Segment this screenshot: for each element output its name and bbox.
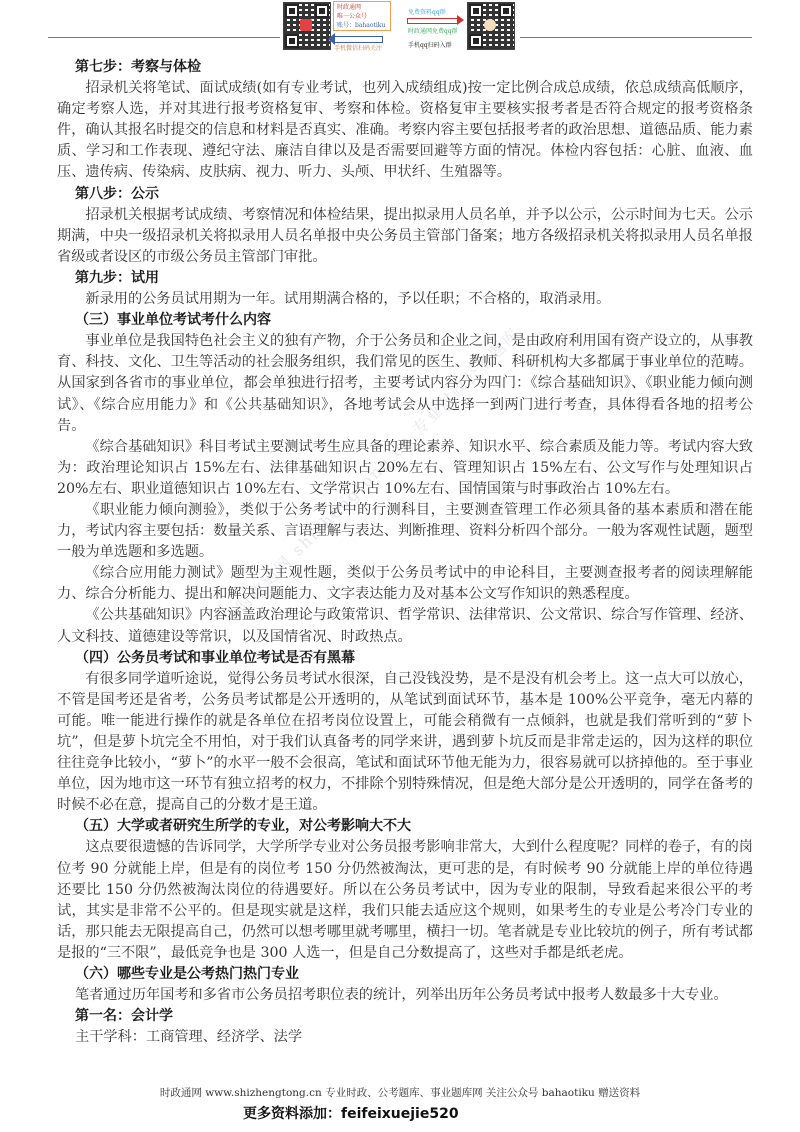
paragraph: 笔者通过历年国考和多省市公务员招考职位表的统计，列举出历年公务员考试中报考人数最… (57, 985, 753, 1006)
header-rule-left (48, 37, 280, 38)
section-heading: 第八步：公示 (57, 184, 753, 205)
wechat-caption: 手机微信扫码关注 (334, 43, 382, 52)
wechat-box-line1: 时政通网 (337, 3, 387, 12)
paragraph: 《公共基础知识》内容涵盖政治理论与政策常识、哲学常识、法律常识、公文常识、综合写… (57, 605, 753, 647)
paragraph: 招录机关根据考试成绩、考察情况和体检结果，提出拟录用人员名单，并予以公示，公示时… (57, 205, 753, 268)
section-heading: （三）事业单位考试考什么内容 (57, 310, 753, 331)
paragraph: 有很多同学道听途说，觉得公务员考试水很深，自己没钱没势，是不是没有机会考上。这一… (57, 669, 753, 817)
qq-group-label-top: 免费资料qq群 (408, 7, 446, 16)
wechat-box-line3: 账号：bahaotiku (337, 21, 387, 30)
arrow-right-icon (407, 18, 458, 24)
document-body: 第七步：考察与体检 招录机关将笔试、面试成绩(如有专业考试，也列入成绩组成)按一… (57, 57, 753, 1048)
section-heading: （五）大学或者研究生所学的专业，对公考影响大不大 (57, 816, 753, 837)
wechat-box-line2: 唯一公众号 (337, 12, 387, 21)
paragraph: 《职业能力倾向测验》，类似于公务考试中的行测科目，主要测查管理工作必须具备的基本… (57, 500, 753, 563)
section-heading: 第七步：考察与体检 (57, 57, 753, 78)
paragraph: 这点要很遗憾的告诉同学，大学所学专业对公务员报考影响非常大，大到什么程度呢？同样… (57, 837, 753, 964)
page-header: 时政通网 唯一公众号 账号：bahaotiku 手机微信扫码关注 免费资料qq群… (0, 0, 800, 52)
qq-group-label-bottom: 手机qq扫码入群 (408, 40, 452, 49)
footer-contact: 更多资料添加：feifeixuejie520 (243, 1103, 459, 1123)
header-rule-right (520, 37, 752, 38)
section-heading: （四）公务员考试和事业单位考试是否有黑幕 (57, 648, 753, 669)
footer-contact-id: feifeixuejie520 (341, 1106, 459, 1122)
paragraph: 《综合应用能力测试》题型为主观性题，类似于公务员考试中的申论科目，主要测查报考者… (57, 563, 753, 605)
section-heading: 第一名：会计学 (57, 1006, 753, 1027)
qq-group-label-middle: 时政通网免费qq群 (408, 26, 458, 35)
wechat-account-box: 时政通网 唯一公众号 账号：bahaotiku (333, 1, 391, 31)
qq-qr-code-icon (467, 2, 515, 50)
section-heading: （六）哪些专业是公考热门热门专业 (57, 964, 753, 985)
paragraph: 主干学科：工商管理、经济学、法学 (57, 1027, 753, 1048)
paragraph: 事业单位是我国特色社会主义的独有产物，介于公务员和企业之间，是由政府利用国有资产… (57, 331, 753, 436)
wechat-qr-code-icon (283, 2, 331, 50)
footer-contact-label: 更多资料添加： (243, 1106, 341, 1122)
footer-site-line: 时政通网 www.shizhengtong.cn 专业时政、公考题库、事业题库网… (0, 1085, 800, 1100)
paragraph: 新录用的公务员试用期为一年。试用期满合格的，予以任职；不合格的，取消录用。 (57, 289, 753, 310)
paragraph: 招录机关将笔试、面试成绩(如有专业考试，也列入成绩组成)按一定比例合成总成绩，依… (57, 78, 753, 183)
arrow-left-icon (334, 36, 383, 43)
section-heading: 第九步：试用 (57, 268, 753, 289)
